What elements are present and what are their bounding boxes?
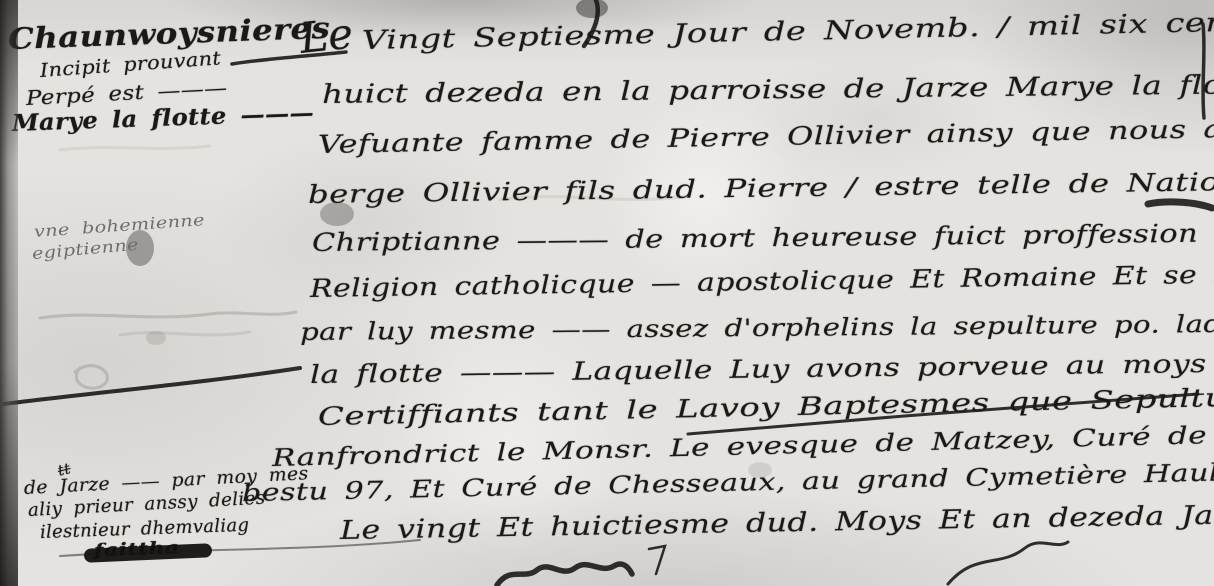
flourish-bottom-cutoff-b (948, 542, 1068, 584)
ink-smudge (576, 0, 608, 18)
text-line: huict dezeda en la parroisse de Jarze Ma… (322, 69, 1214, 110)
ink-smudge (146, 331, 166, 345)
ghost-stroke (60, 146, 210, 150)
text-line: Chriptianne ——— de mort heureuse fuict p… (312, 216, 1214, 257)
ghost-stroke (120, 332, 250, 335)
text-line: Vingt Septiesme Jour de Novemb. / mil si… (362, 4, 1214, 56)
flourish-nation-dash (1148, 202, 1212, 208)
flourish-bottom-cutoff-a (497, 564, 632, 585)
ghost-stroke (40, 312, 296, 318)
text-line: Religion catholicque — apostolicque Et R… (310, 257, 1214, 303)
text-line: berge Ollivier fils dud. Pierre / estre … (308, 165, 1214, 209)
margin-note-heading: Chaunwoysnieres (7, 11, 330, 56)
manuscript-page: Chaunwoysnieres Incipit prouvant Perpé e… (0, 0, 1214, 586)
flourish-margin-sweep (4, 368, 300, 404)
text-line: Vefuante famme de Pierre Ollivier ainsy … (318, 111, 1214, 159)
text-line: la flotte ——— Laquelle Luy avons porveue… (310, 347, 1214, 389)
drop-initial: Le (297, 9, 355, 63)
binding-edge (0, 0, 18, 586)
ghost-stroke (75, 366, 107, 389)
flourish-bottom-mark (649, 546, 665, 574)
text-line: Le vingt Et huictiesme dud. Moys Et an d… (340, 499, 1214, 546)
text-line: par luy mesme —— assez d'orphelins la se… (300, 308, 1214, 346)
